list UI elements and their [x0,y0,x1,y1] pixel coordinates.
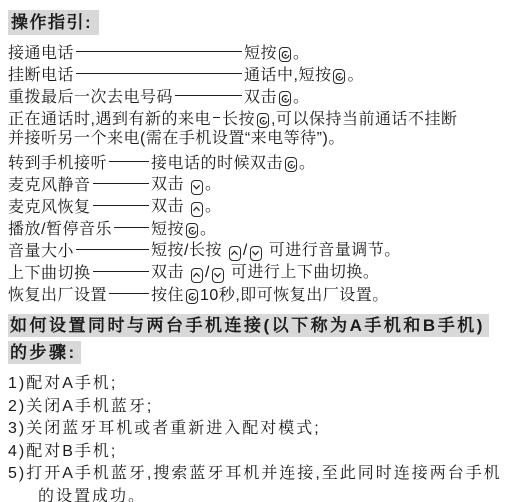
multifunction-button-icon [186,223,198,238]
step-item-5: 5)打开A手机蓝牙,搜索蓝牙耳机并连接,至此同时连接两台手机的设置成功。 [8,463,515,502]
dash-leader [175,95,242,96]
op-label: 麦克风恢复 [8,194,91,217]
op-continuation-line: 并接听另一个来电(需在手机设置“来电等待”)。 [8,128,515,150]
op-action: 短按。 [244,40,310,63]
op-action: 双击。 [244,84,310,107]
op-lead: 恢复出厂设置 [8,282,151,305]
op-lead: 重拨最后一次去电号码 [8,84,244,107]
action-text: 。 [293,45,310,62]
action-text: 。 [293,89,310,106]
op-row-play-pause: 播放/暂停音乐 短按。 [8,216,515,238]
action-text: 。 [200,221,217,238]
section-operation-guide: 操作指引: 接通电话 短按。 挂断电话 通话中,短按。 重拨最后一次去电号码 双… [8,8,515,304]
action-text: 接电话的时候双击 [151,155,283,172]
manual-page: 操作指引: 接通电话 短按。 挂断电话 通话中,短按。 重拨最后一次去电号码 双… [0,0,521,502]
dash-leader [213,117,220,118]
op-lead: 音量大小 [8,238,151,261]
op-lead: 接通电话 [8,40,244,63]
step-item-4: 4)配对B手机; [8,441,515,464]
action-text: 。 [205,176,222,193]
op-label: 音量大小 [8,238,74,261]
action-text: 双击 [151,176,189,193]
section-dual-phone-setup: 如何设置同时与两台手机连接(以下称为A手机和B手机) 的步骤: 1)配对A手机;… [8,313,515,502]
action-text: 双击 [151,264,189,281]
step-item-1: 1)配对A手机; [8,373,515,396]
section-title-highlight: 操作指引: [8,10,99,35]
op-lead: 麦克风静音 [8,172,151,195]
op-action: 短按。 [151,216,217,239]
op-label: 恢复出厂设置 [8,282,107,305]
action-text: 双击 [151,198,189,215]
op-label: 上下曲切换 [8,260,91,283]
op-row-mic-mute: 麦克风静音 双击 。 [8,172,515,194]
op-action: 按住10秒,即可恢复出厂设置。 [151,282,389,305]
multifunction-button-icon [333,69,345,84]
op-lead: 转到手机接听 [8,150,151,173]
op-row-answer-call: 接通电话 短按。 [8,40,515,62]
op-lead: 上下曲切换 [8,260,151,283]
op-row-transfer-to-phone: 转到手机接听 接电话的时候双击。 [8,150,515,172]
volume-up-button-icon [191,268,203,283]
volume-down-button-icon [212,268,224,283]
op-lead: 麦克风恢复 [8,194,151,217]
op-row-volume: 音量大小 短按/长按 / 可进行音量调节。 [8,238,515,260]
op-label: 挂断电话 [8,62,74,85]
action-text: / [243,242,248,259]
op-label: 播放/暂停音乐 [8,216,112,239]
section-title-operation-guide: 操作指引: [8,8,515,33]
action-text: 按住 [151,287,184,304]
section-title-line2: 的步骤: [8,340,515,366]
action-text: 长按 [222,111,255,128]
step-item-3: 3)关闭蓝牙耳机或者重新进入配对模式; [8,418,515,441]
op-action: 双击 / 可进行上下曲切换。 [151,259,379,283]
op-label: 转到手机接听 [8,150,107,173]
op-row-factory-reset: 恢复出厂设置 按住10秒,即可恢复出厂设置。 [8,282,515,304]
volume-up-button-icon [191,202,203,217]
op-lead: 挂断电话 [8,62,244,85]
op-lead: 正在通话时,遇到有新的来电 [8,106,222,129]
multifunction-button-icon [279,91,291,106]
action-text: ,可以保持当前通话不挂断 [271,111,457,128]
dash-leader [76,73,242,74]
action-text: / [205,264,210,281]
dash-leader [109,161,149,162]
op-row-call-waiting: 正在通话时,遇到有新的来电 长按,可以保持当前通话不挂断 [8,106,515,128]
op-lead: 播放/暂停音乐 [8,216,151,239]
action-text: 可进行音量调节。 [264,242,401,259]
steps-list: 1)配对A手机; 2)关闭A手机蓝牙; 3)关闭蓝牙耳机或者重新进入配对模式; … [8,373,515,502]
action-text: 。 [205,198,222,215]
section-title-line1-text: 如何设置同时与两台手机连接(以下称为A手机和B手机) [8,314,489,337]
multifunction-button-icon [279,47,291,62]
op-label: 接通电话 [8,40,74,63]
dash-leader [109,293,149,294]
action-text: 可进行上下曲切换。 [226,264,379,281]
op-action: 长按,可以保持当前通话不挂断 [222,106,457,129]
op-row-redial: 重拨最后一次去电号码 双击。 [8,84,515,106]
multifunction-button-icon [186,289,198,304]
action-text: 。 [347,67,364,84]
dash-leader [76,249,149,250]
section-title-line1: 如何设置同时与两台手机连接(以下称为A手机和B手机) [8,313,515,339]
step-item-2: 2)关闭A手机蓝牙; [8,396,515,419]
op-action: 通话中,短按。 [244,62,364,85]
action-text: 双击 [244,89,277,106]
action-text: 。 [299,155,316,172]
action-text: 短按 [244,45,277,62]
op-action: 双击 。 [151,193,221,217]
multifunction-button-icon [257,113,269,128]
op-row-track-switch: 上下曲切换 双击 / 可进行上下曲切换。 [8,260,515,282]
multifunction-button-icon [285,157,297,172]
section-title-dual-phone: 如何设置同时与两台手机连接(以下称为A手机和B手机) 的步骤: [8,313,515,366]
op-action: 双击 。 [151,171,221,195]
dash-leader [93,205,149,206]
op-row-mic-unmute: 麦克风恢复 双击 。 [8,194,515,216]
dash-leader [114,227,149,228]
action-text: 通话中,短按 [244,67,331,84]
op-label: 麦克风静音 [8,172,91,195]
op-row-end-call: 挂断电话 通话中,短按。 [8,62,515,84]
section-title-line2-text: 的步骤: [8,341,81,364]
action-text: 短按/长按 [151,242,227,259]
action-text: 短按 [151,221,184,238]
op-label: 重拨最后一次去电号码 [8,84,173,107]
op-label: 正在通话时,遇到有新的来电 [8,106,211,129]
action-text: 10秒,即可恢复出厂设置。 [200,287,389,304]
op-action: 短按/长按 / 可进行音量调节。 [151,237,401,261]
op-action: 接电话的时候双击。 [151,150,316,173]
dash-leader [93,183,149,184]
dash-leader [76,51,242,52]
dash-leader [93,271,149,272]
